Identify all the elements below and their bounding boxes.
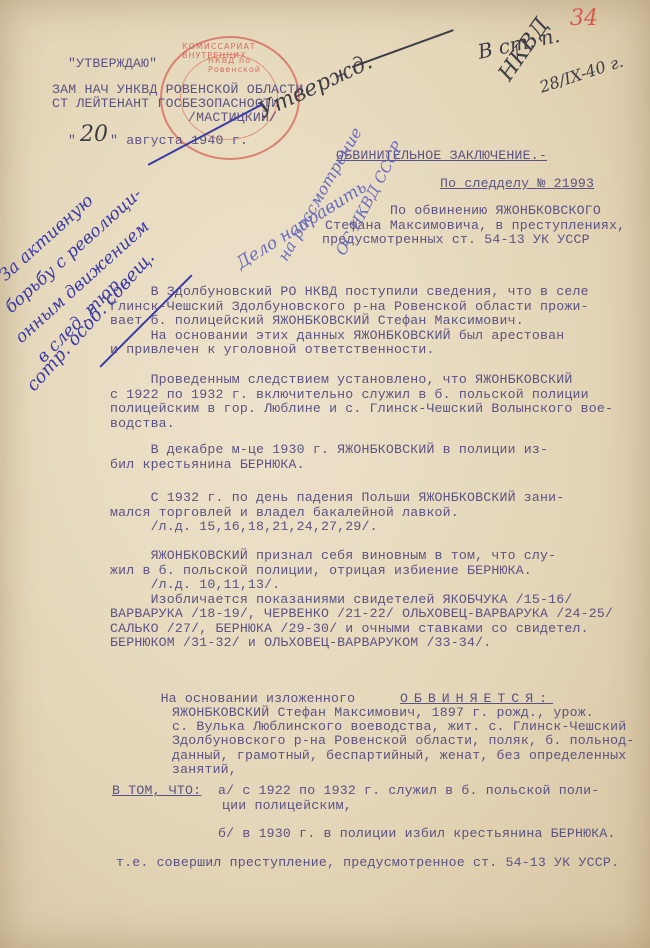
body-line: /л.д. 15,16,18,21,24,27,29/. (110, 519, 378, 534)
body-line: С 1932 г. по день падения Польши ЯЖОНБКО… (110, 490, 564, 505)
in-that-label: В ТОМ, ЧТО: (112, 783, 201, 798)
body-line: мался торговлей и владел бакалейной лавк… (110, 505, 459, 520)
body-line: полицейским в гор. Люблине и с. Глинск-Ч… (110, 401, 613, 416)
count-line: ции полицейским, (222, 798, 352, 813)
date-quote-open: " (68, 133, 76, 148)
body-line: Проведенным следствием установлено, что … (110, 372, 573, 387)
handwritten-note-date: 28/IX-40 г. (537, 52, 626, 97)
accused-line: ЯЖОНБКОВСКИЙ Стефан Максимович, 1897 г. … (172, 705, 594, 720)
body-line: бил крестьянина БЕРНЮКА. (110, 457, 305, 472)
body-line: На основании этих данных ЯЖОНБКОВСКИЙ бы… (110, 328, 564, 343)
page-number: 34 (570, 6, 598, 31)
signature-flourish (352, 29, 454, 68)
body-line: ЯЖОНБКОВСКИЙ признал себя виновным в том… (110, 548, 556, 563)
case-number: По следделу № 21993 (440, 176, 594, 191)
official-title-line2: СТ ЛЕЙТЕНАНТ ГОСБЕЗОПАСНОСТИ (52, 96, 279, 111)
body-line: жил в б. польской полиции, отрицая избие… (110, 563, 532, 578)
accused-line: Здолбуновского р-на Ровенской области, п… (172, 733, 635, 748)
body-line: с 1922 по 1932 г. включительно служил в … (110, 387, 589, 402)
date-day-handwritten: 20 (80, 122, 108, 147)
date-rest: " августа 1940 г. (110, 133, 248, 148)
count-line: а/ с 1922 по 1932 г. служил в б. польско… (218, 783, 599, 798)
count-line: б/ в 1930 г. в полиции избил крестьянина… (218, 826, 616, 841)
body-line: водства. (110, 416, 175, 431)
body-line: Изобличается показаниями свидетелей ЯКОБ… (110, 592, 573, 607)
conclusion: т.е. совершил преступление, предусмотрен… (116, 855, 619, 870)
charge-line-3: предусмотренных ст. 54-13 УК УССР (322, 232, 590, 247)
accused-line: с. Вулька Люблинского воеводства, жит. с… (172, 719, 626, 734)
body-line: /л.д. 10,11,13/. (110, 577, 280, 592)
charge-line-2: Стефана Максимовича, в преступлениях, (325, 218, 625, 233)
body-line: В декабре м-це 1930 г. ЯЖОНБКОВСКИЙ в по… (110, 442, 548, 457)
body-line: ВАРВАРУКА /18-19/, ЧЕРВЕНКО /21-22/ ОЛЬХ… (110, 606, 613, 621)
body-line: САЛЬКО /27/, БЕРНЮКА /29-30/ и очными ст… (110, 621, 589, 636)
accusation-intro: На основании изложенного (120, 691, 363, 706)
charge-line-1: По обвинению ЯЖОНБКОВСКОГО (390, 203, 601, 218)
accusation-word: ОБВИНЯЕТСЯ: (400, 691, 553, 706)
accused-line: данный, грамотный, беспартийный, женат, … (172, 748, 626, 763)
body-line: и привлечен к уголовной ответственности. (110, 342, 435, 357)
body-line: Глинск-Чешский Здолбуновского р-на Ровен… (110, 299, 589, 314)
accused-line: занятий, (172, 762, 237, 777)
body-line: вает б. полицейский ЯЖОНБКОВСКИЙ Стефан … (110, 313, 524, 328)
approval-label: "УТВЕРЖДАЮ" (68, 56, 157, 71)
document-heading: ОБВИНИТЕЛЬНОЕ ЗАКЛЮЧЕНИЕ.- (336, 148, 547, 163)
body-line: БЕРНЮКОМ /31-32/ и ОЛЬХОВЕЦ-ВАРВАРУКОМ /… (110, 635, 491, 650)
stamp-inner-text: НКВД по Ровенской (208, 56, 298, 74)
